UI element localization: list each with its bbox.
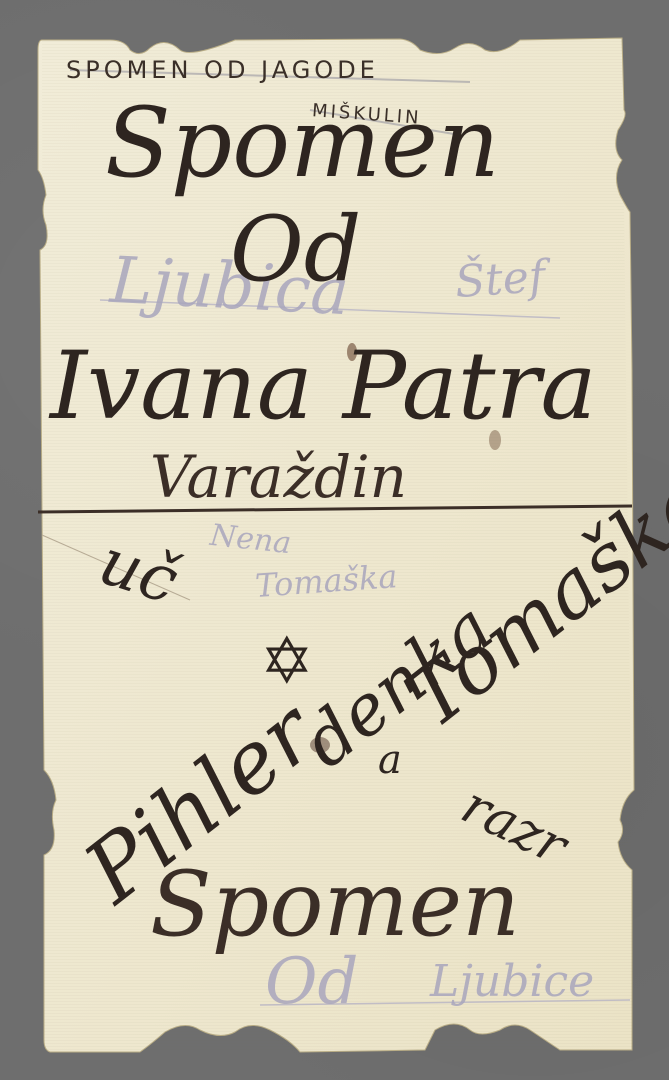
- ink-spomen-top: Spomen: [105, 95, 500, 191]
- ink-a: a: [378, 740, 402, 780]
- printed-header: SPOMEN OD JAGODE: [66, 58, 379, 82]
- pencil-surname: Štef: [454, 255, 547, 305]
- ink-ivana-patra: Ivana Patra: [50, 340, 597, 434]
- pencil-tomaska: Tomaška: [254, 560, 398, 602]
- pencil-od: Od: [265, 950, 358, 1014]
- ink-varazdin: Varaždin: [150, 448, 407, 506]
- pencil-nena: Nena: [209, 521, 293, 559]
- mounting-board: SPOMEN OD JAGODE MIŠKULIN Ljubica Štef N…: [0, 0, 669, 1080]
- card-writing: SPOMEN OD JAGODE MIŠKULIN Ljubica Štef N…: [0, 0, 669, 1080]
- ink-od: Od: [230, 205, 361, 295]
- pencil-ljubice: Ljubice: [430, 960, 594, 1004]
- ink-spomen-bottom: Spomen: [150, 860, 520, 950]
- ink-uc: uč: [92, 530, 185, 615]
- star-symbol: ✡: [260, 630, 314, 694]
